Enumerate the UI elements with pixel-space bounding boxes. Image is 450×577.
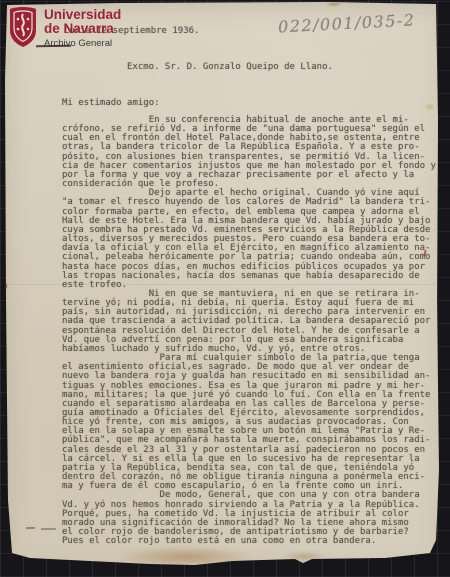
top-edge-stain	[326, 1, 342, 7]
university-name-line2: de Navarra	[44, 22, 121, 36]
archive-stamp: Universidad de Navarra Archivo General	[8, 6, 121, 49]
left-margin-red-mark	[3, 283, 7, 289]
bottom-stain-small	[282, 551, 327, 562]
letter-paper: Curia 12 septiembre 1936. 022/001/035-2 …	[0, 0, 450, 577]
archive-stamp-text: Universidad de Navarra Archivo General	[44, 6, 121, 49]
right-edge-stain	[425, 103, 435, 111]
bottom-stain	[115, 546, 255, 564]
scanned-letter-page: Curia 12 septiembre 1936. 022/001/035-2 …	[0, 0, 450, 577]
letter-recipient: Excmo. Sr. D. Gonzalo Queipo de Llano.	[127, 63, 333, 72]
university-name-line1: Universidad	[44, 8, 121, 22]
left-margin-pencil-mark-red	[26, 527, 35, 529]
left-margin-pencil-mark-gray	[41, 528, 56, 530]
letter-salutation: Mi estimado amigo:	[62, 99, 160, 108]
letter-body: En su conferencia habitual de anoche ant…	[62, 116, 436, 546]
archive-reference-number: 022/001/035-2	[278, 9, 449, 37]
navarra-shield-icon	[8, 6, 38, 48]
